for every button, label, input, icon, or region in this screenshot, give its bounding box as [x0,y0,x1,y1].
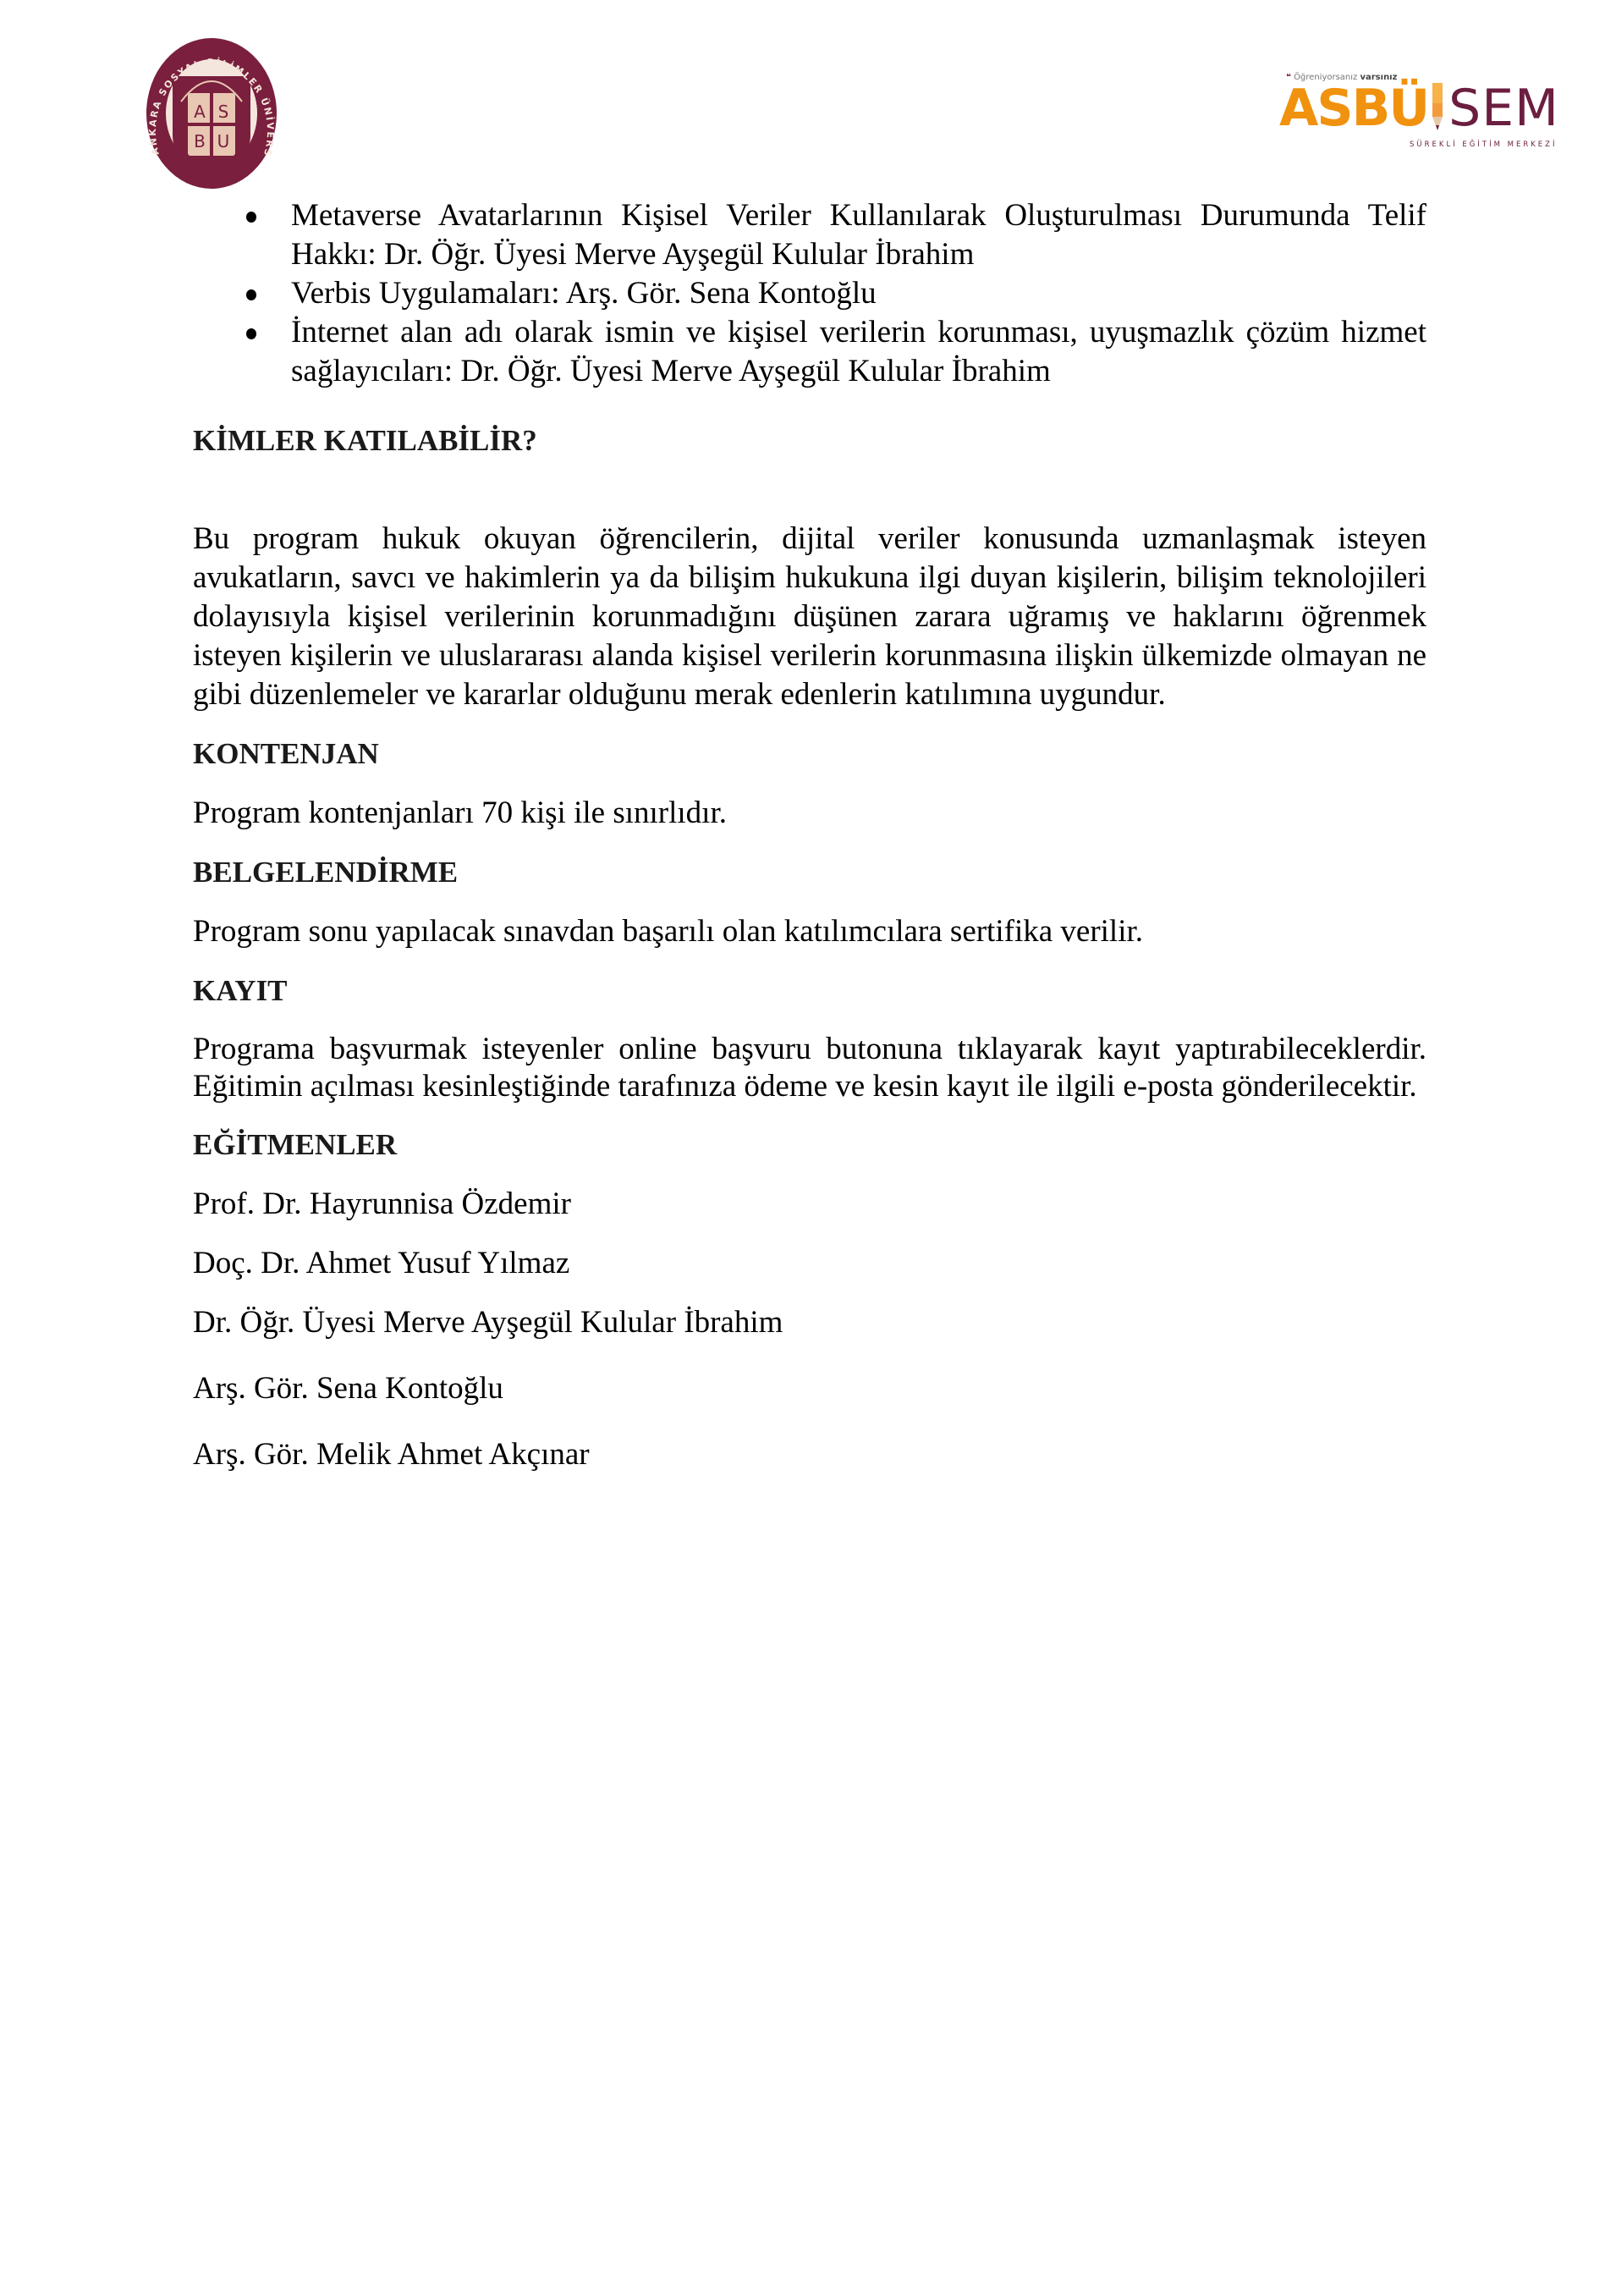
instructor-item: Doç. Dr. Ahmet Yusuf Yılmaz [193,1244,1426,1283]
heading-belgelendirme: BELGELENDİRME [193,853,1426,892]
bullet-icon [246,289,256,300]
belgelendirme-paragraph: Program sonu yapılacak sınavdan başarılı… [193,912,1426,951]
kimler-paragraph: Bu program hukuk okuyan öğrencilerin, di… [193,520,1426,714]
bullet-icon [246,212,256,223]
university-seal-logo: A S B U ANKARA SOSYAL BİLİMLER ÜNİVERSİT… [144,36,279,192]
instructor-list: Prof. Dr. Hayrunnisa Özdemir Doç. Dr. Ah… [193,1185,1426,1474]
logo-subtitle: SÜREKLİ EĞİTİM MERKEZİ [1410,140,1558,149]
svg-text:S: S [218,102,229,122]
instructor-item: Prof. Dr. Hayrunnisa Özdemir [193,1185,1426,1224]
list-item: İnternet alan adı olarak ismin ve kişise… [193,313,1426,391]
heading-egitmenler: EĞİTMENLER [193,1126,1426,1165]
bullet-icon [246,328,256,339]
list-item: Verbis Uygulamaları: Arş. Gör. Sena Kont… [193,274,1426,313]
instructor-item: Arş. Gör. Melik Ahmet Akçınar [193,1435,1426,1474]
kontenjan-paragraph: Program kontenjanları 70 kişi ile sınırl… [193,794,1426,833]
topic-list: Metaverse Avatarlarının Kişisel Veriler … [193,196,1426,391]
asbusem-logo: ❝ Öğreniyorsanız varsınız ASBÜ SEM SÜREK… [1269,68,1557,161]
pencil-icon [1430,83,1445,130]
heading-kontenjan: KONTENJAN [193,735,1426,774]
instructor-item: Arş. Gör. Sena Kontoğlu [193,1369,1426,1408]
svg-text:U: U [217,131,230,151]
logo-brand: ASBÜ SEM [1279,83,1559,134]
heading-kayit: KAYIT [193,972,1426,1010]
seal-icon: A S B U ANKARA SOSYAL BİLİMLER ÜNİVERSİT… [144,36,279,192]
svg-text:A: A [194,102,206,122]
heading-kimler-katilabilir: KİMLER KATILABİLİR? [193,421,1426,460]
instructor-item: Dr. Öğr. Üyesi Merve Ayşegül Kulular İbr… [193,1303,1426,1342]
list-item: Metaverse Avatarlarının Kişisel Veriler … [193,196,1426,274]
kayit-paragraph: Programa başvurmak isteyenler online baş… [193,1031,1426,1105]
svg-text:B: B [194,131,206,151]
document-body: Metaverse Avatarlarının Kişisel Veriler … [193,196,1426,1474]
